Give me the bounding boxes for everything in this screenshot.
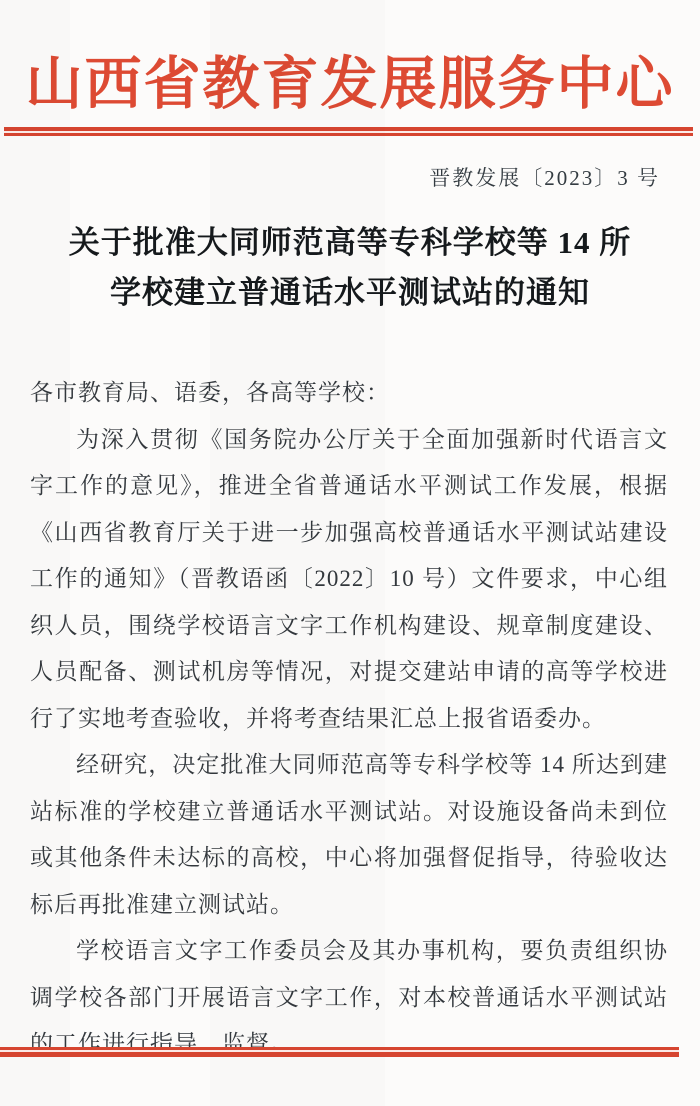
document-title-line2: 学校建立普通话水平测试站的通知	[0, 268, 700, 318]
body-paragraph: 为深入贯彻《国务院办公厅关于全面加强新时代语言文字工作的意见》，推进全省普通话水…	[30, 417, 668, 743]
document-title-line1: 关于批准大同师范高等专科学校等 14 所	[0, 218, 700, 268]
footer-divider	[0, 1047, 679, 1057]
footer-divider-bottom-line	[0, 1052, 679, 1057]
document-number: 晋教发展〔2023〕3 号	[0, 162, 700, 192]
letterhead-divider	[4, 127, 693, 136]
body-paragraph: 经研究，决定批准大同师范高等专科学校等 14 所达到建站标准的学校建立普通话水平…	[30, 742, 668, 928]
salutation: 各市教育局、语委，各高等学校：	[30, 370, 668, 417]
document-page: 山西省教育发展服务中心 晋教发展〔2023〕3 号 关于批准大同师范高等专科学校…	[0, 0, 700, 1106]
document-title: 关于批准大同师范高等专科学校等 14 所 学校建立普通话水平测试站的通知	[0, 218, 700, 318]
document-body: 各市教育局、语委，各高等学校： 为深入贯彻《国务院办公厅关于全面加强新时代语言文…	[30, 370, 668, 1068]
letterhead-divider-thin-line	[4, 133, 693, 136]
letterhead-org-name: 山西省教育发展服务中心	[0, 50, 700, 120]
